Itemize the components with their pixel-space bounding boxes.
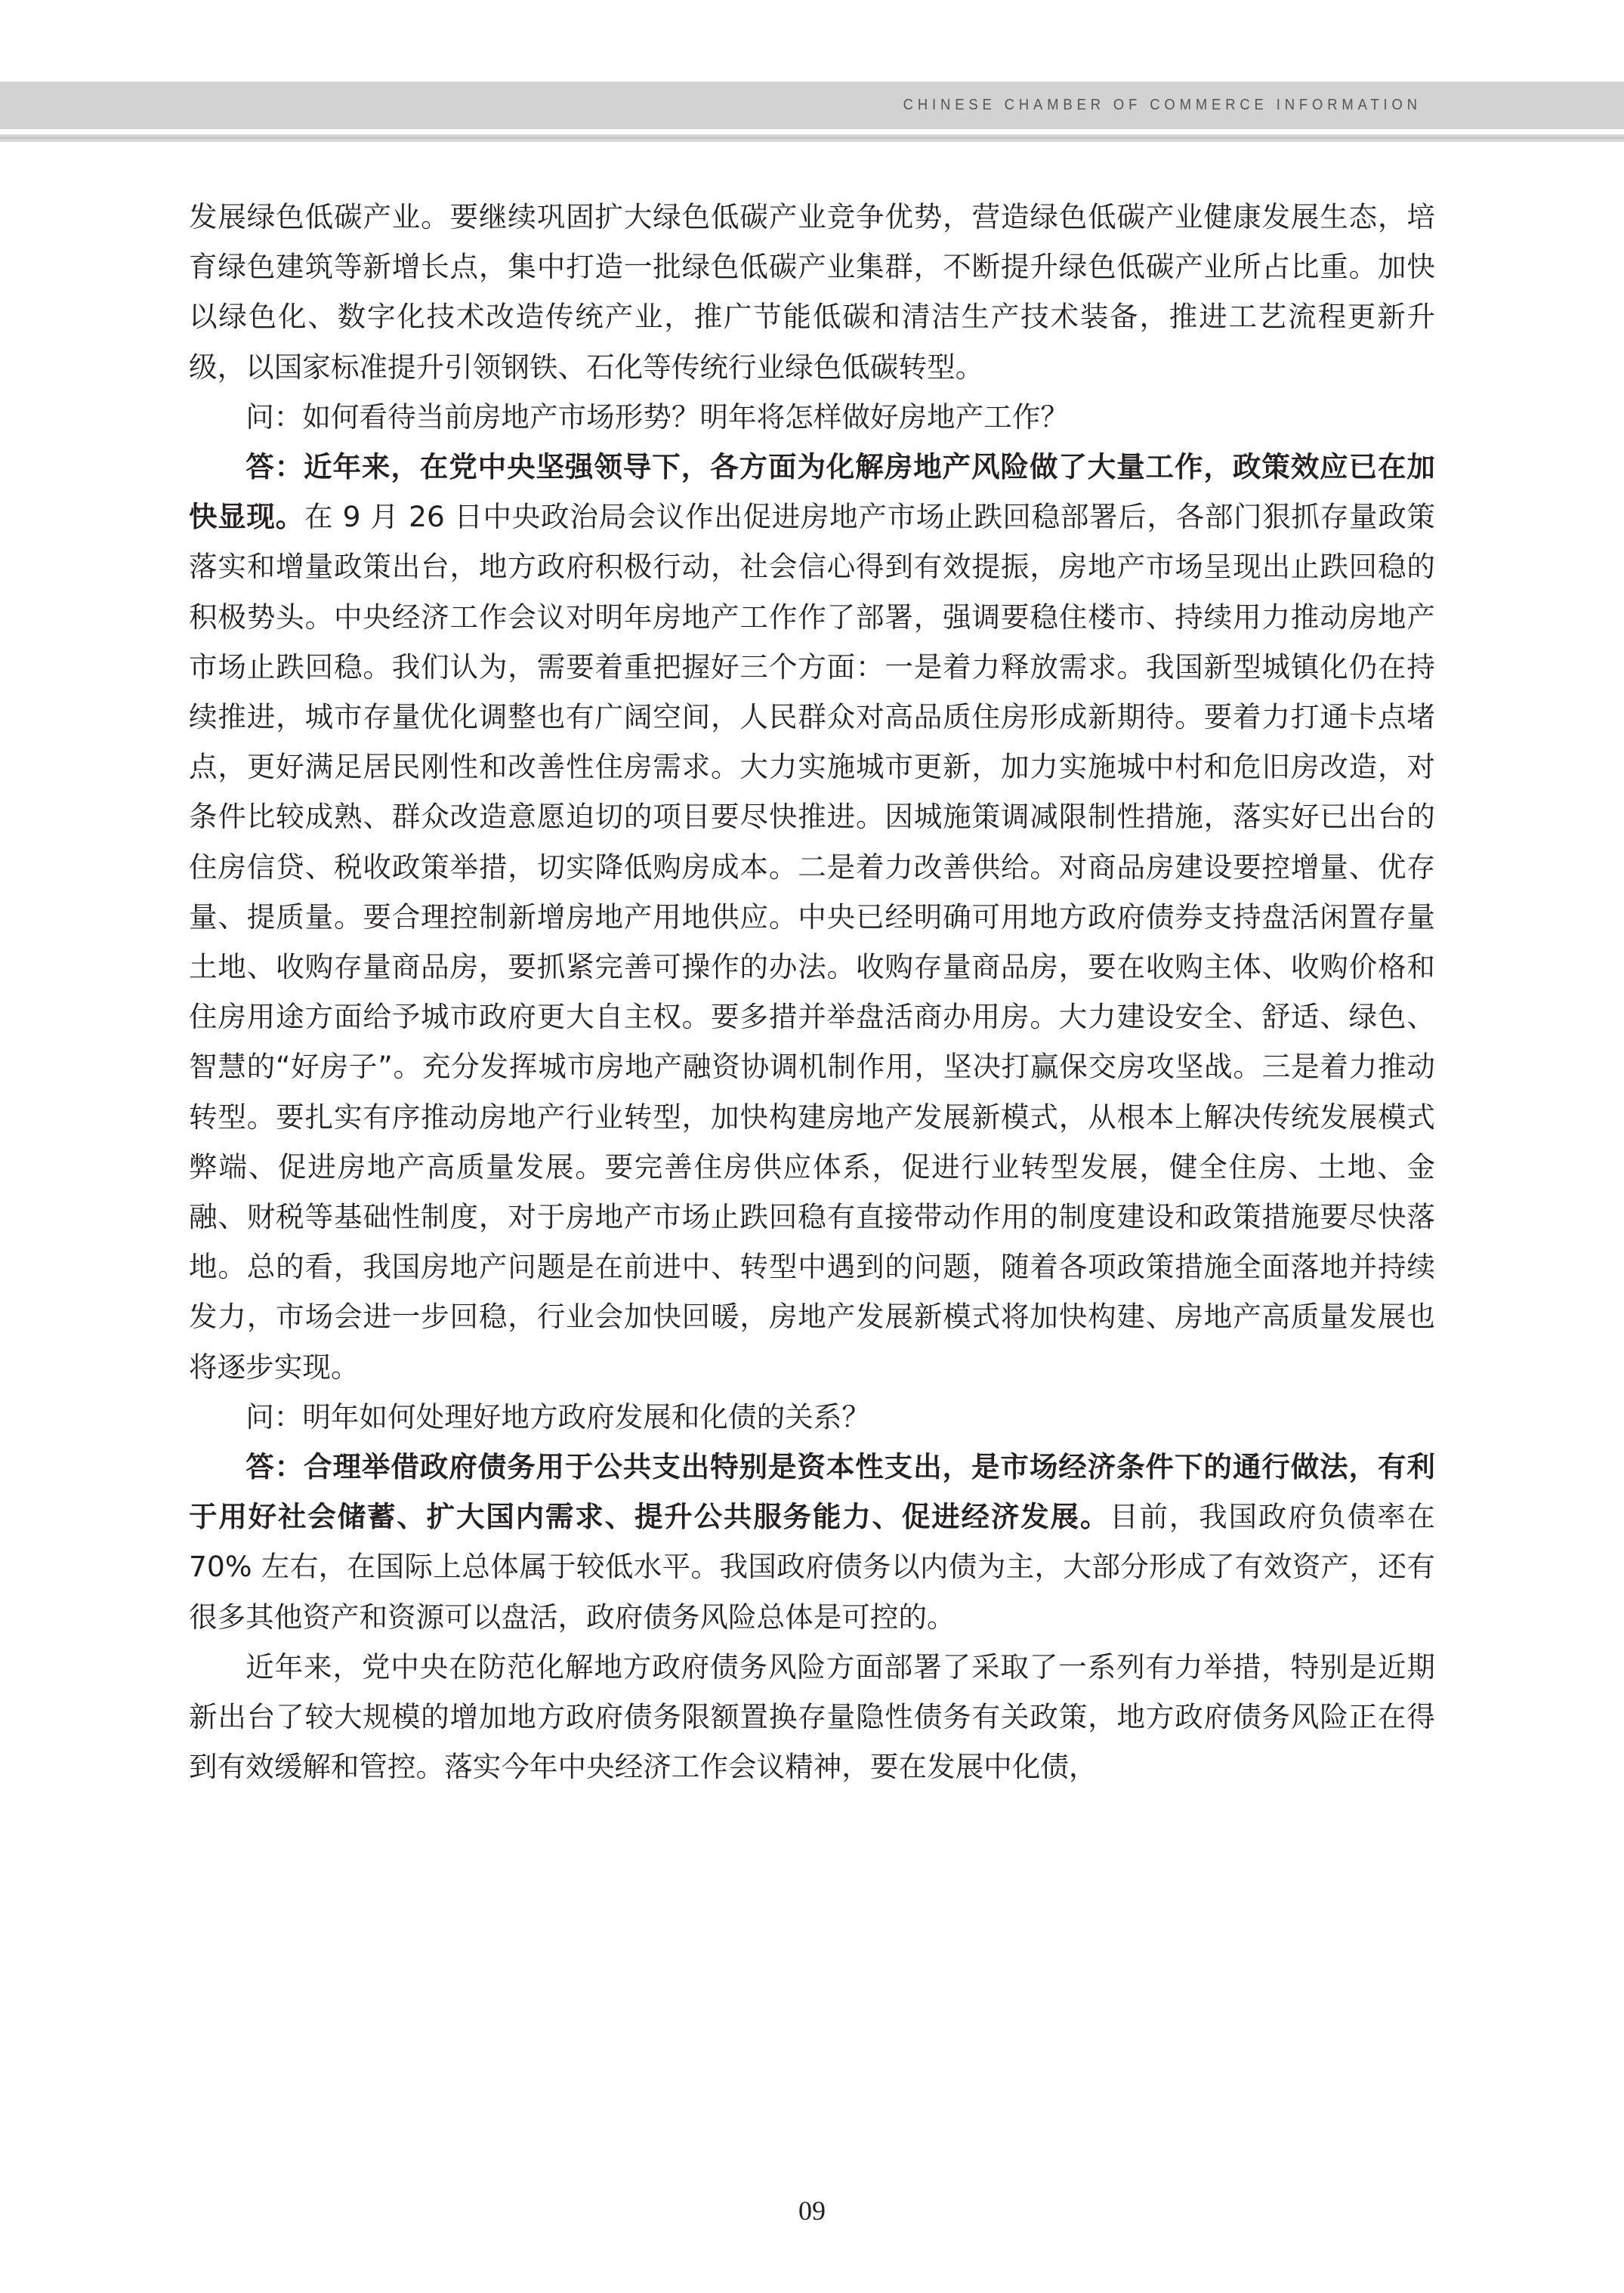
question-1: 问：如何看待当前房地产市场形势？明年将怎样做好房地产工作？: [189, 392, 1435, 442]
running-title: CHINESE CHAMBER OF COMMERCE INFORMATION: [903, 97, 1422, 114]
page-number: 09: [0, 2195, 1624, 2227]
question-2: 问：明年如何处理好地方政府发展和化债的关系？: [189, 1392, 1435, 1442]
paragraph-last: 近年来，党中央在防范化解地方政府债务风险方面部署了采取了一系列有力举措，特别是近…: [189, 1642, 1435, 1792]
answer-1-body: 在 9 月 26 日中央政治局会议作出促进房地产市场止跌回稳部署后，各部门狠抓存…: [189, 500, 1435, 1383]
answer-1: 答：近年来，在党中央坚强领导下，各方面为化解房地产风险做了大量工作，政策效应已在…: [189, 442, 1435, 1392]
article-body: 发展绿色低碳产业。要继续巩固扩大绿色低碳产业竞争优势，营造绿色低碳产业健康发展生…: [189, 192, 1435, 1792]
paragraph-continued: 发展绿色低碳产业。要继续巩固扩大绿色低碳产业竞争优势，营造绿色低碳产业健康发展生…: [189, 192, 1435, 392]
header-rule: [0, 134, 1624, 142]
answer-2: 答：合理举借政府债务用于公共支出特别是资本性支出，是市场经济条件下的通行做法，有…: [189, 1442, 1435, 1642]
